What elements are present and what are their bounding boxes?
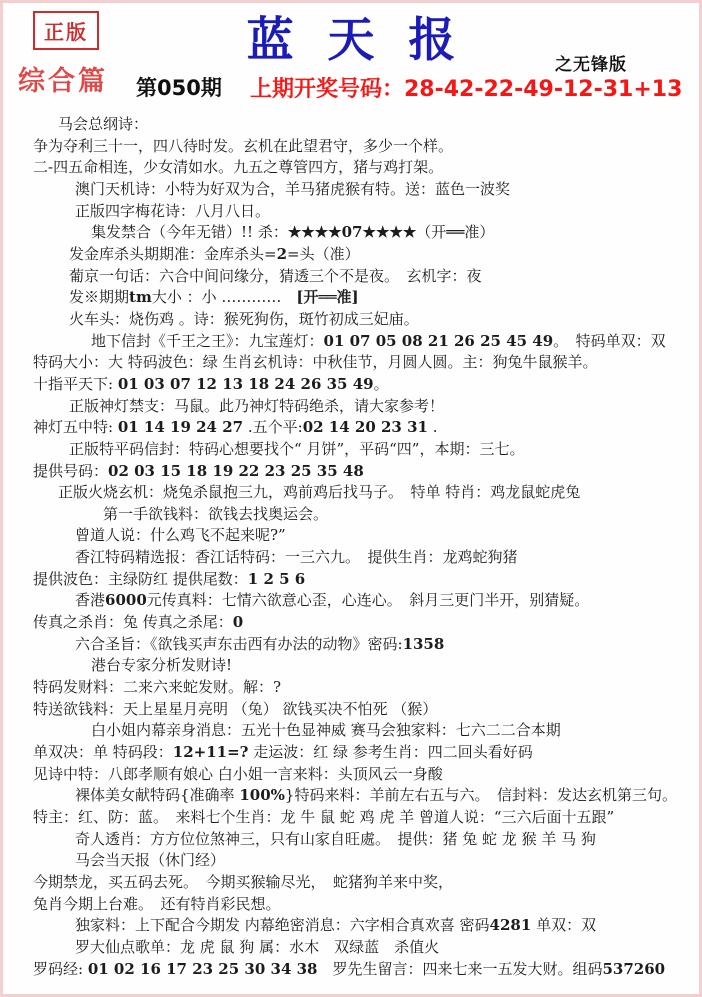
report-line-segment: （开══准） [416, 223, 494, 241]
report-line-segment: 2 [277, 245, 287, 263]
report-line-segment: 见诗中特：八郎孝顺有娘心 白小姐一言来料：头顶风云一身酸 [33, 765, 443, 783]
report-line-segment: 争为夺利三十一，四八待时发。玄机在此望君守，多少一个样。 [33, 137, 453, 155]
report-line: 火车头：烧伤鸡 。诗：猴死狗伤，斑竹初成三妃庙。 [33, 309, 691, 331]
report-line-segment: 二-四五命相连，少女清如水。九五之尊管四方，猪与鸡打架。 [33, 158, 443, 176]
report-line-segment: 01 02 16 17 23 25 30 34 38 [88, 960, 318, 978]
report-body: 马会总纲诗：争为夺利三十一，四八待时发。玄机在此望君守，多少一个样。二-四五命相… [33, 114, 691, 980]
report-line-segment: 传真之杀肖：兔 传真之杀尾： [33, 613, 233, 631]
report-line: 奇人透肖：方方位位煞神三，只有山家自旺處。 提供：猪 兔 蛇 龙 猴 羊 马 狗 [33, 829, 691, 851]
newspaper-page: 正版 蓝天报 之无锋版 综合篇 第050期 上期开奖号码：28-42-22-49… [0, 0, 702, 997]
report-line: 发※期期tm大小 ：小 ………… [开══准] [33, 287, 691, 309]
report-line: 特码大小：大 特码波色：绿 生肖玄机诗：中秋佳节，月圆人圆。主：狗兔牛鼠猴羊。 [33, 352, 691, 374]
report-line-segment: 单双：双 [531, 916, 596, 934]
report-line-segment: .五个平: [243, 418, 303, 436]
report-line: 马会当天报（休门经） [33, 850, 691, 872]
report-line-segment: 6000 [105, 591, 147, 609]
report-line-segment: =头（准） [287, 245, 360, 263]
report-line: 神灯五中特: 01 14 19 24 27 .五个平:02 14 20 23 3… [33, 417, 691, 439]
report-line: 白小姐内幕亲身消息：五光十色显神威 赛马会独家料：七六二二合本期 [33, 720, 691, 742]
report-line: 独家料：上下配合今期发 内幕绝密消息：六字相合真欢喜 密码4281 单双：双 [33, 915, 691, 937]
report-line: 十指平天下: 01 03 07 12 13 18 24 26 35 49。 [33, 374, 691, 396]
report-line-segment: 发※期期 [69, 288, 129, 306]
report-line: 正版特平码信封：特码心想要找个“ 月饼”，平码“四”，本期：三七。 [33, 439, 691, 461]
report-line-segment: 马会总纲诗： [58, 115, 148, 133]
report-line-segment: . [428, 418, 438, 436]
report-line: 发金库杀头期期准：金库杀头=2=头（准） [33, 244, 691, 266]
report-line-segment: 今期禁龙，买五码去死。 今期买猴输尽光， 蛇猪狗羊来中奖， [33, 873, 453, 891]
report-line-segment: 提供波色：主绿防红 提供尾数： [33, 570, 248, 588]
report-line-segment: ★★★★07★★★★ [288, 223, 416, 241]
report-line: 见诗中特：八郎孝顺有娘心 白小姐一言来料：头顶风云一身酸 [33, 764, 691, 786]
report-line-segment: 香港 [75, 591, 105, 609]
report-line: 二-四五命相连，少女清如水。九五之尊管四方，猪与鸡打架。 [33, 157, 691, 179]
report-line-segment: 罗大仙点歌单：龙 虎 鼠 狗 属：水木 双绿蓝 杀值火 [75, 938, 439, 956]
report-line-segment: 港台专家分析发财诗! [91, 656, 232, 674]
report-line: 马会总纲诗： [33, 114, 691, 136]
report-line-segment: 葡京一句话：六合中间问缘分，猜透三个不是夜。 玄机字：夜 [69, 267, 482, 285]
report-line-segment: 香江特码精选报：香江话特码：一三六九。 提供生肖：龙鸡蛇狗猪 [75, 548, 518, 566]
report-line: 单双决：单 特码段：12+11=? 走运波：红 绿 参考生肖：四二回头看好码 [33, 742, 691, 764]
report-line: 传真之杀肖：兔 传真之杀尾：0 [33, 612, 691, 634]
report-line: 兔肖今期上台难。 还有特肖彩民想。 [33, 894, 691, 916]
report-line-segment: 地下信封《千王之王》：九宝莲灯： [91, 332, 324, 350]
report-line-segment: 。 特码单双：双 [553, 332, 666, 350]
last-draw-numbers: 上期开奖号码：28-42-22-49-12-31+13 [250, 72, 682, 103]
report-line-segment: 马会当天报（休门经） [75, 851, 225, 869]
report-line: 第一手欲钱料：欲钱去找奥运会。 [33, 504, 691, 526]
report-line-segment: [开══准] [296, 288, 358, 306]
report-line: 正版神灯禁支：马鼠。此乃神灯特码绝杀，请大家参考！ [33, 396, 691, 418]
report-line-segment: 兔肖今期上台难。 还有特肖彩民想。 [33, 895, 281, 913]
report-line-segment: 第一手欲钱料：欲钱去找奥运会。 [103, 505, 328, 523]
report-line: 提供波色：主绿防红 提供尾数：1 2 5 6 [33, 569, 691, 591]
report-line-segment: 1 2 5 6 [248, 570, 305, 588]
report-line: 香港6000元传真料：七情六欲意心歪，心连心。 斜月三更门半开，别猜疑。 [33, 590, 691, 612]
report-line: 港台专家分析发财诗! [33, 655, 691, 677]
report-line-segment: 特主：红、防：蓝。 来料七个生肖：龙 牛 鼠 蛇 鸡 虎 羊 曾道人说：“三六后… [33, 808, 614, 826]
report-line-segment: 4281 [490, 916, 532, 934]
report-line: 提供号码：02 03 15 18 19 22 23 25 35 48 [33, 461, 691, 483]
report-line-segment: 1358 [403, 635, 445, 653]
report-line-segment: 特码发财料：二来六来蛇发财。解：? [33, 678, 281, 696]
report-line-segment: 走运波：红 绿 参考生肖：四二回头看好码 [248, 743, 532, 761]
report-line: 曾道人说：什么鸡飞不起来呢?” [33, 525, 691, 547]
report-line-segment: 537260 [603, 960, 666, 978]
report-line-segment: 正版四字梅花诗：八月八日。 [75, 202, 270, 220]
report-line: 特主：红、防：蓝。 来料七个生肖：龙 牛 鼠 蛇 鸡 虎 羊 曾道人说：“三六后… [33, 807, 691, 829]
report-line-segment: 十指平天下: [33, 375, 118, 393]
report-line-segment: 02 14 20 23 31 [303, 418, 428, 436]
report-line-segment: 曾道人说：什么鸡飞不起来呢?” [75, 526, 286, 544]
report-line-segment: 正版特平码信封：特码心想要找个“ 月饼”，平码“四”，本期：三七。 [69, 440, 524, 458]
report-line-segment: 单双决：单 特码段： [33, 743, 173, 761]
report-line-segment: 发金库杀头期期准：金库杀头= [69, 245, 277, 263]
report-line: 葡京一句话：六合中间问缘分，猜透三个不是夜。 玄机字：夜 [33, 266, 691, 288]
report-line: 正版火烧玄机：烧兔杀鼠抱三九，鸡前鸡后找马子。 特单 特肖：鸡龙鼠蛇虎兔 [33, 482, 691, 504]
report-line-segment: 六合圣旨：《欲钱买声东击西有办法的动物》密码: [75, 635, 403, 653]
report-line-segment: 正版神灯禁支：马鼠。此乃神灯特码绝杀，请大家参考！ [69, 397, 444, 415]
report-line-segment: }特码来料：羊前左右五与六。 信封料：发达玄机第三句。 [285, 786, 677, 804]
report-line: 正版四字梅花诗：八月八日。 [33, 201, 691, 223]
report-line-segment: 提供号码： [33, 462, 108, 480]
report-line: 香江特码精选报：香江话特码：一三六九。 提供生肖：龙鸡蛇狗猪 [33, 547, 691, 569]
report-line: 罗大仙点歌单：龙 虎 鼠 狗 属：水木 双绿蓝 杀值火 [33, 937, 691, 959]
report-line-segment: tm [129, 288, 152, 306]
report-line-segment: 澳门天机诗：小特为好双为合，羊马猪虎猴有特。送：蓝色一波奖 [75, 180, 510, 198]
report-line: 集发禁合（今年无错）!! 杀：★★★★07★★★★（开══准） [33, 222, 691, 244]
report-line-segment: 罗先生留言：四来七来一五发大财。组码 [317, 960, 602, 978]
report-line-segment: 01 14 19 24 27 [118, 418, 243, 436]
report-line: 今期禁龙，买五码去死。 今期买猴输尽光， 蛇猪狗羊来中奖， [33, 872, 691, 894]
report-line-segment: 特送欲钱料：天上星星月亮明 （兔） 欲钱买决不怕死 （猴） [33, 700, 437, 718]
report-line-segment: 元传真料：七情六欲意心歪，心连心。 斜月三更门半开，别猜疑。 [147, 591, 590, 609]
report-line-segment: 01 07 05 08 21 26 25 45 49 [324, 332, 554, 350]
report-line-segment: 特码大小：大 特码波色：绿 生肖玄机诗：中秋佳节，月圆人圆。主：狗兔牛鼠猴羊。 [33, 353, 598, 371]
report-line-segment: 神灯五中特: [33, 418, 118, 436]
report-line: 特码发财料：二来六来蛇发财。解：? [33, 677, 691, 699]
report-line: 澳门天机诗：小特为好双为合，羊马猪虎猴有特。送：蓝色一波奖 [33, 179, 691, 201]
report-line-segment: 奇人透肖：方方位位煞神三，只有山家自旺處。 提供：猪 兔 蛇 龙 猴 羊 马 狗 [75, 830, 596, 848]
report-line-segment: 01 03 07 12 13 18 24 26 35 49 [118, 375, 374, 393]
report-line-segment: 12+11=? [173, 743, 249, 761]
report-line-segment: 正版火烧玄机：烧兔杀鼠抱三九，鸡前鸡后找马子。 特单 特肖：鸡龙鼠蛇虎兔 [58, 483, 580, 501]
report-line: 特送欲钱料：天上星星月亮明 （兔） 欲钱买决不怕死 （猴） [33, 699, 691, 721]
section-label: 综合篇 [18, 59, 108, 98]
report-line-segment: 裸体美女献特码{准确率 [75, 786, 239, 804]
report-line-segment: 02 03 15 18 19 22 23 25 35 48 [108, 462, 364, 480]
report-line: 地下信封《千王之王》：九宝莲灯：01 07 05 08 21 26 25 45 … [33, 331, 691, 353]
report-line-segment: 100% [239, 786, 285, 804]
report-line-segment: 大小 ：小 ………… [152, 288, 297, 306]
report-line: 六合圣旨：《欲钱买声东击西有办法的动物》密码:1358 [33, 634, 691, 656]
report-line: 罗码经: 01 02 16 17 23 25 30 34 38 罗先生留言：四来… [33, 959, 691, 981]
report-line-segment: 集发禁合（今年无错）!! 杀： [91, 223, 288, 241]
report-line: 裸体美女献特码{准确率 100%}特码来料：羊前左右五与六。 信封料：发达玄机第… [33, 785, 691, 807]
report-line-segment: 独家料：上下配合今期发 内幕绝密消息：六字相合真欢喜 密码 [75, 916, 490, 934]
report-line-segment: 0 [233, 613, 243, 631]
report-line: 争为夺利三十一，四八待时发。玄机在此望君守，多少一个样。 [33, 136, 691, 158]
report-line-segment: 白小姐内幕亲身消息：五光十色显神威 赛马会独家料：七六二二合本期 [91, 721, 561, 739]
issue-number: 第050期 [136, 72, 222, 102]
report-line-segment: 火车头：烧伤鸡 。诗：猴死狗伤，斑竹初成三妃庙。 [69, 310, 419, 328]
report-line-segment: 罗码经: [33, 960, 88, 978]
report-line-segment: 。 [374, 375, 389, 393]
